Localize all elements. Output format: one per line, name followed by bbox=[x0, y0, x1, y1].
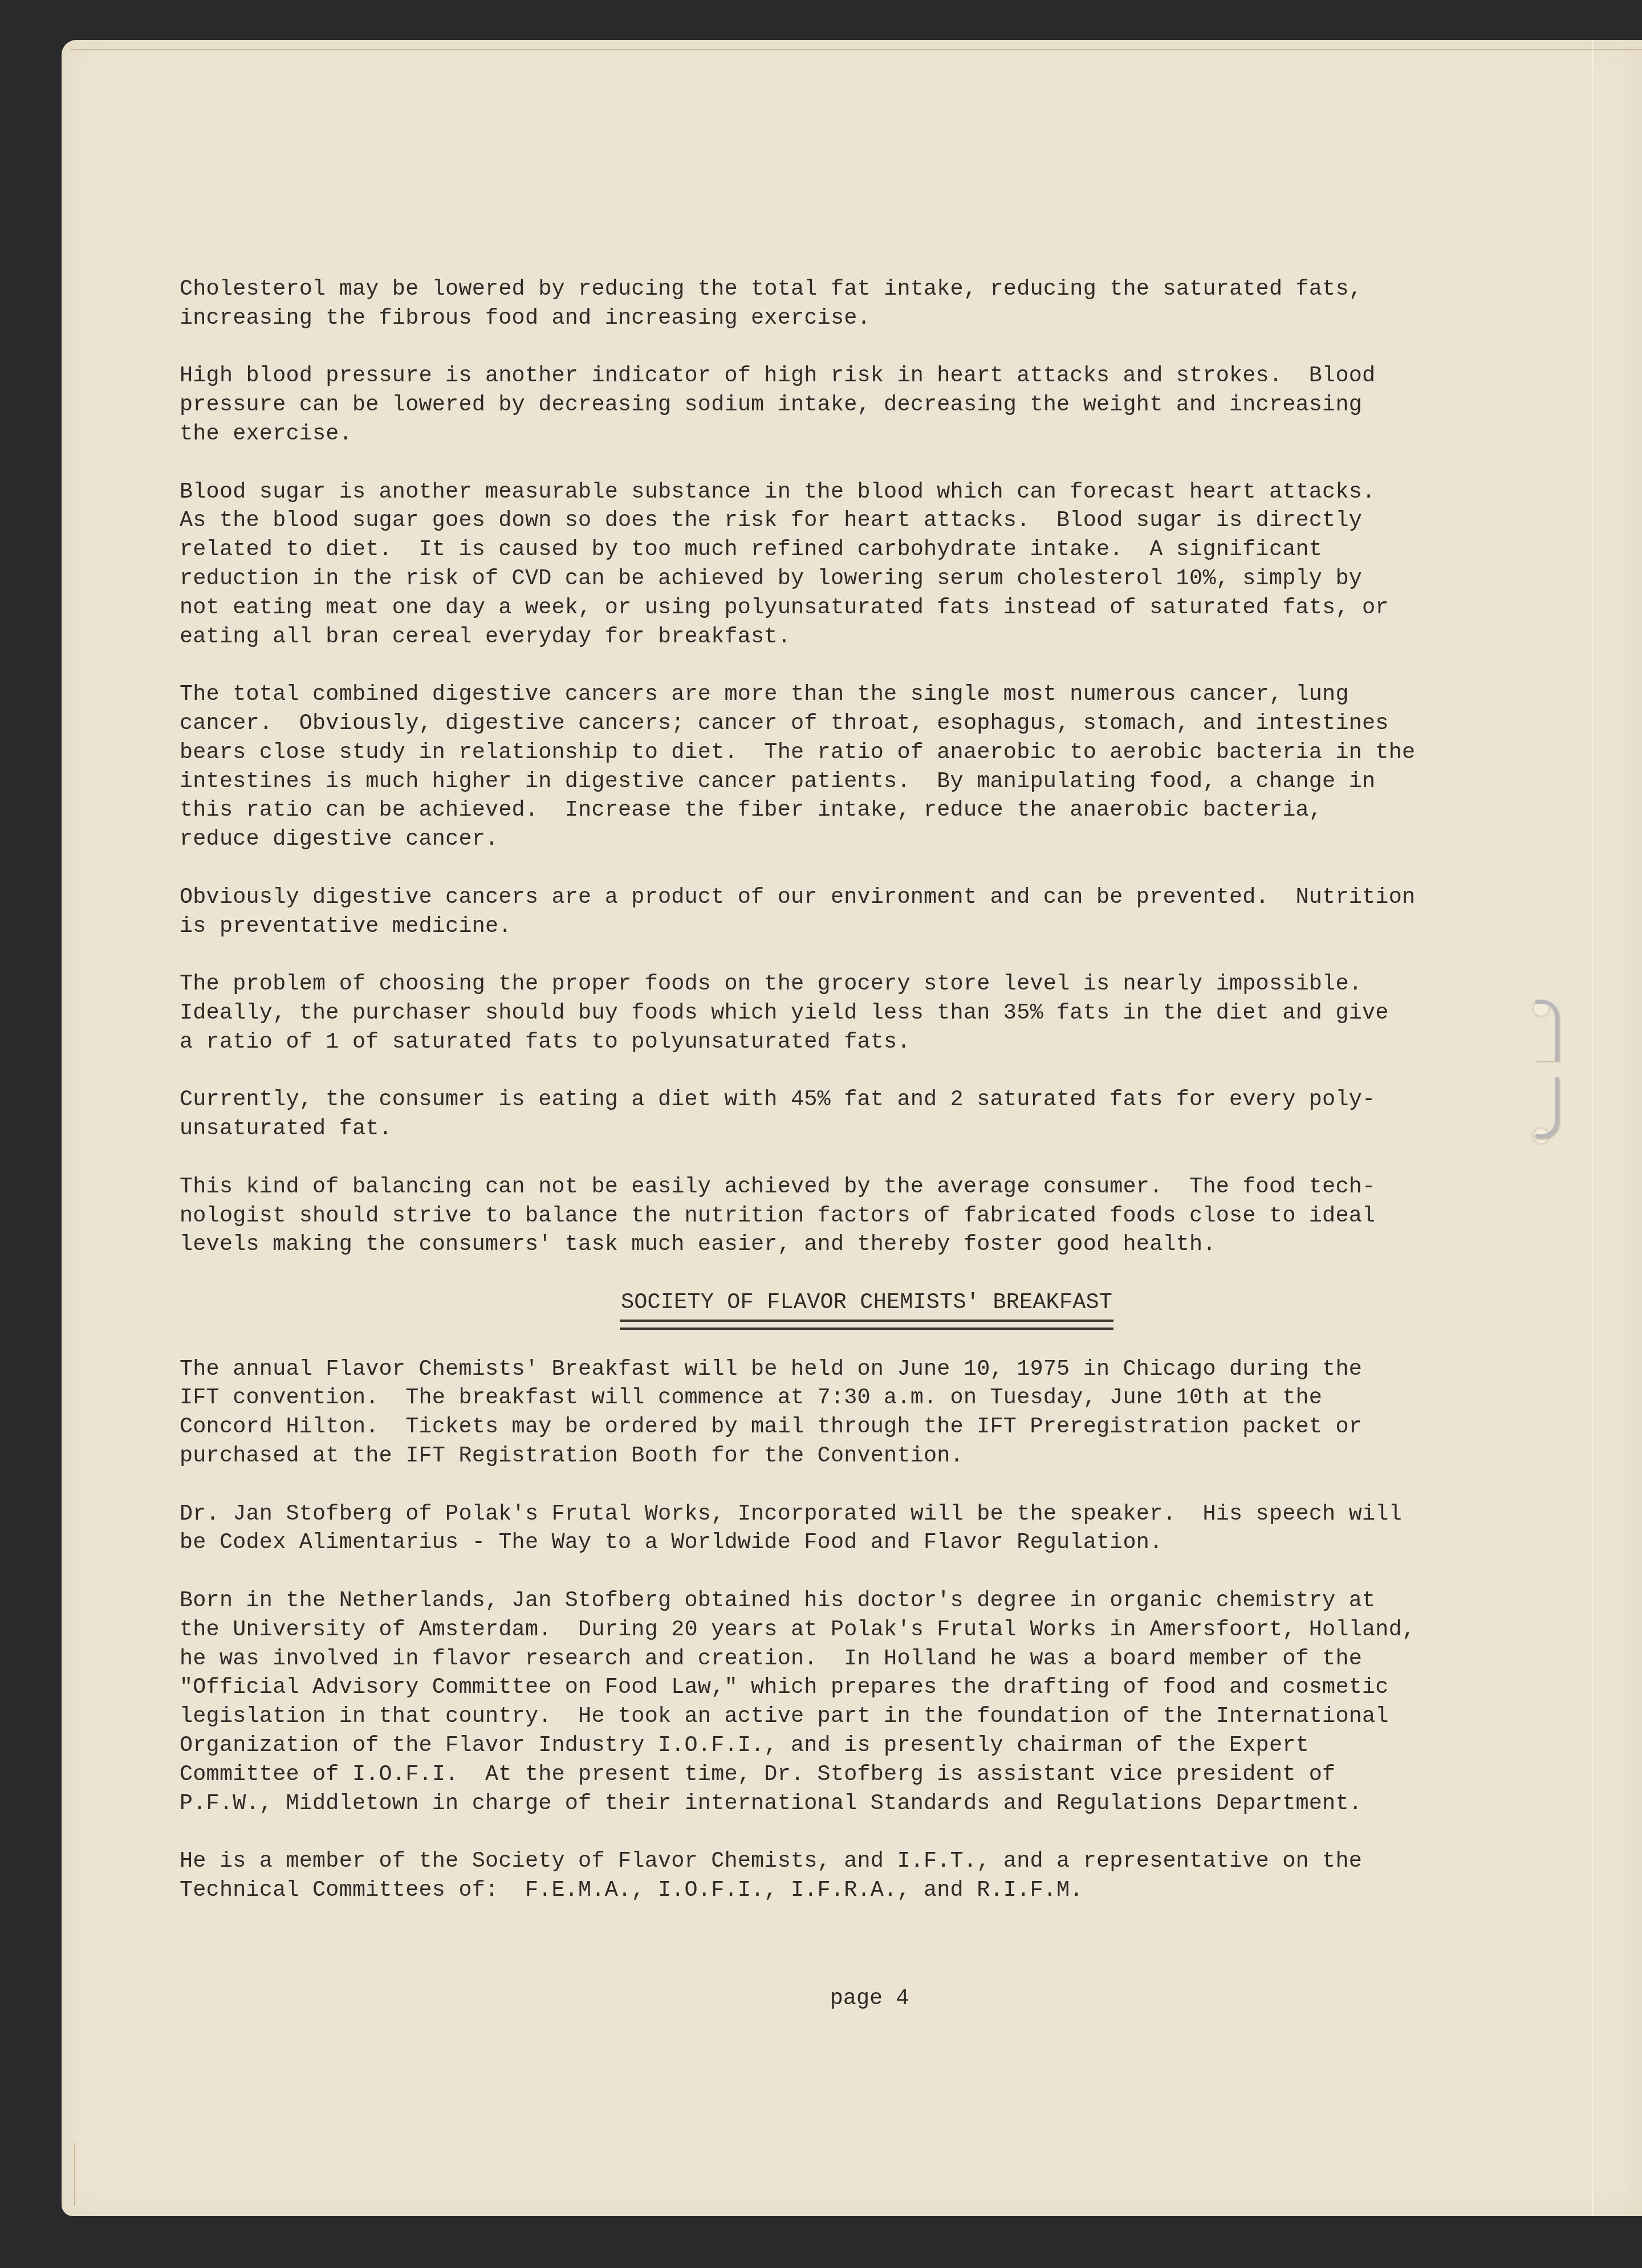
paper-top-edge-fold bbox=[71, 49, 1642, 50]
paragraph-cholesterol: Cholesterol may be lowered by reducing t… bbox=[180, 275, 1559, 333]
paragraph-speaker-bio: Born in the Netherlands, Jan Stofberg ob… bbox=[180, 1586, 1559, 1818]
section-heading-wrapper: SOCIETY OF FLAVOR CHEMISTS' BREAKFAST bbox=[180, 1288, 1559, 1330]
paragraph-grocery-choices: The problem of choosing the proper foods… bbox=[180, 970, 1559, 1056]
paper-corner-fold bbox=[64, 2143, 75, 2206]
page-number: page 4 bbox=[180, 1986, 1559, 2011]
paragraph-digestive-cancers: The total combined digestive cancers are… bbox=[180, 680, 1559, 854]
paragraph-blood-pressure: High blood pressure is another indicator… bbox=[180, 361, 1559, 448]
paragraph-memberships: He is a member of the Society of Flavor … bbox=[180, 1847, 1559, 1905]
paragraph-speaker: Dr. Jan Stofberg of Polak's Frutal Works… bbox=[180, 1500, 1559, 1558]
paragraph-current-diet: Currently, the consumer is eating a diet… bbox=[180, 1085, 1559, 1143]
binding-gutter-crease bbox=[1592, 40, 1594, 2216]
section-heading: SOCIETY OF FLAVOR CHEMISTS' BREAKFAST bbox=[621, 1288, 1112, 1330]
paragraph-blood-sugar: Blood sugar is another measurable substa… bbox=[180, 478, 1559, 652]
paragraph-food-technologist: This kind of balancing can not be easily… bbox=[180, 1172, 1559, 1259]
paragraph-breakfast-announcement: The annual Flavor Chemists' Breakfast wi… bbox=[180, 1355, 1559, 1471]
paragraph-preventative-medicine: Obviously digestive cancers are a produc… bbox=[180, 883, 1559, 941]
document-body: Cholesterol may be lowered by reducing t… bbox=[180, 275, 1559, 1934]
